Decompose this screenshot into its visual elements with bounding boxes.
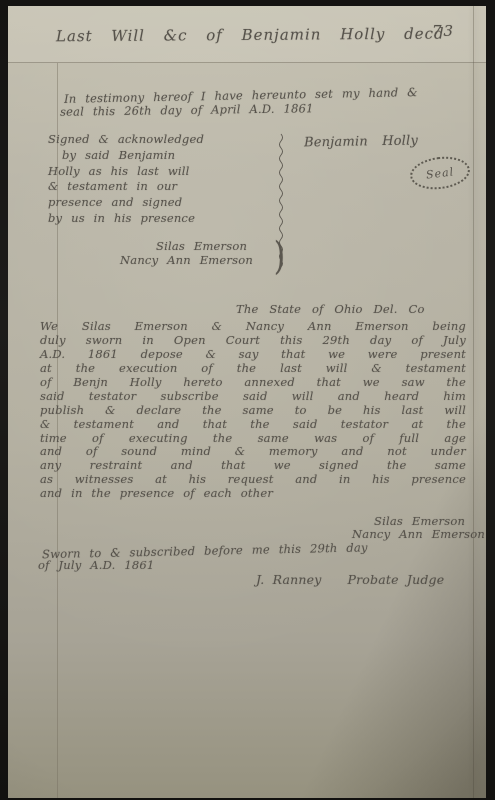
probate-line: & testament and that the said testator a… <box>40 417 466 431</box>
probate-line: any restraint and that we signed the sam… <box>40 458 466 472</box>
probate-line: as witnesses at his request and in his p… <box>40 472 466 486</box>
probate-line: said testator subscribe said will and he… <box>40 389 466 403</box>
attestation-line: by us in his presence <box>48 211 264 227</box>
jurat-line: of July A.D. 1861 <box>38 558 154 572</box>
testator-signature: Benjamin Holly <box>304 133 466 151</box>
probate-line: publish & declare the same to be his las… <box>40 403 466 417</box>
seal-stamp: Seal <box>408 153 471 192</box>
testimonium-line: seal this 26th day of April A.D. 1861 <box>60 101 314 119</box>
page-fold-line <box>473 6 474 798</box>
witness-signature: Nancy Ann Emerson <box>120 253 253 267</box>
judge-signature: J. Ranney <box>256 572 322 587</box>
judge-title: Probate Judge <box>348 572 445 587</box>
ledger-photo: Last Will &c of Benjamin Holly decd 73 I… <box>0 0 495 800</box>
attestation-line: by said Benjamin <box>48 148 264 164</box>
witness-signature: Silas Emerson <box>374 514 465 528</box>
probate-line: duly sworn in Open Court this 29th day o… <box>40 333 466 347</box>
probate-line: and of sound mind & memory and not under <box>40 444 466 458</box>
witness-brace: ) <box>274 234 285 278</box>
judge-signature-line: J. Ranney Probate Judge <box>256 572 444 587</box>
probate-line: and in the presence of each other <box>40 486 466 500</box>
probate-heading: The State of Ohio Del. Co <box>236 302 425 316</box>
probate-line: We Silas Emerson & Nancy Ann Emerson bei… <box>40 319 466 333</box>
probate-line: A.D. 1861 depose & say that we were pres… <box>40 347 466 361</box>
seal-label: Seal <box>425 165 454 181</box>
probate-line: time of executing the same was of full a… <box>40 431 466 445</box>
page-title: Last Will &c of Benjamin Holly decd <box>56 25 416 46</box>
probate-line: of Benjn Holly hereto annexed that we sa… <box>40 375 466 389</box>
attestation-line: & testament in our <box>48 179 264 195</box>
page-number: 73 <box>432 22 455 40</box>
ledger-page: Last Will &c of Benjamin Holly decd 73 I… <box>8 6 486 798</box>
attestation-line: Holly as his last will <box>48 164 264 180</box>
attestation-line: presence and signed <box>48 195 264 211</box>
probate-affidavit: We Silas Emerson & Nancy Ann Emerson bei… <box>40 319 466 500</box>
probate-line: at the execution of the last will & test… <box>40 361 466 375</box>
witness-signature: Silas Emerson <box>156 239 247 253</box>
attestation-clause: Signed & acknowledged by said Benjamin H… <box>48 132 264 227</box>
attestation-line: Signed & acknowledged <box>48 132 264 148</box>
